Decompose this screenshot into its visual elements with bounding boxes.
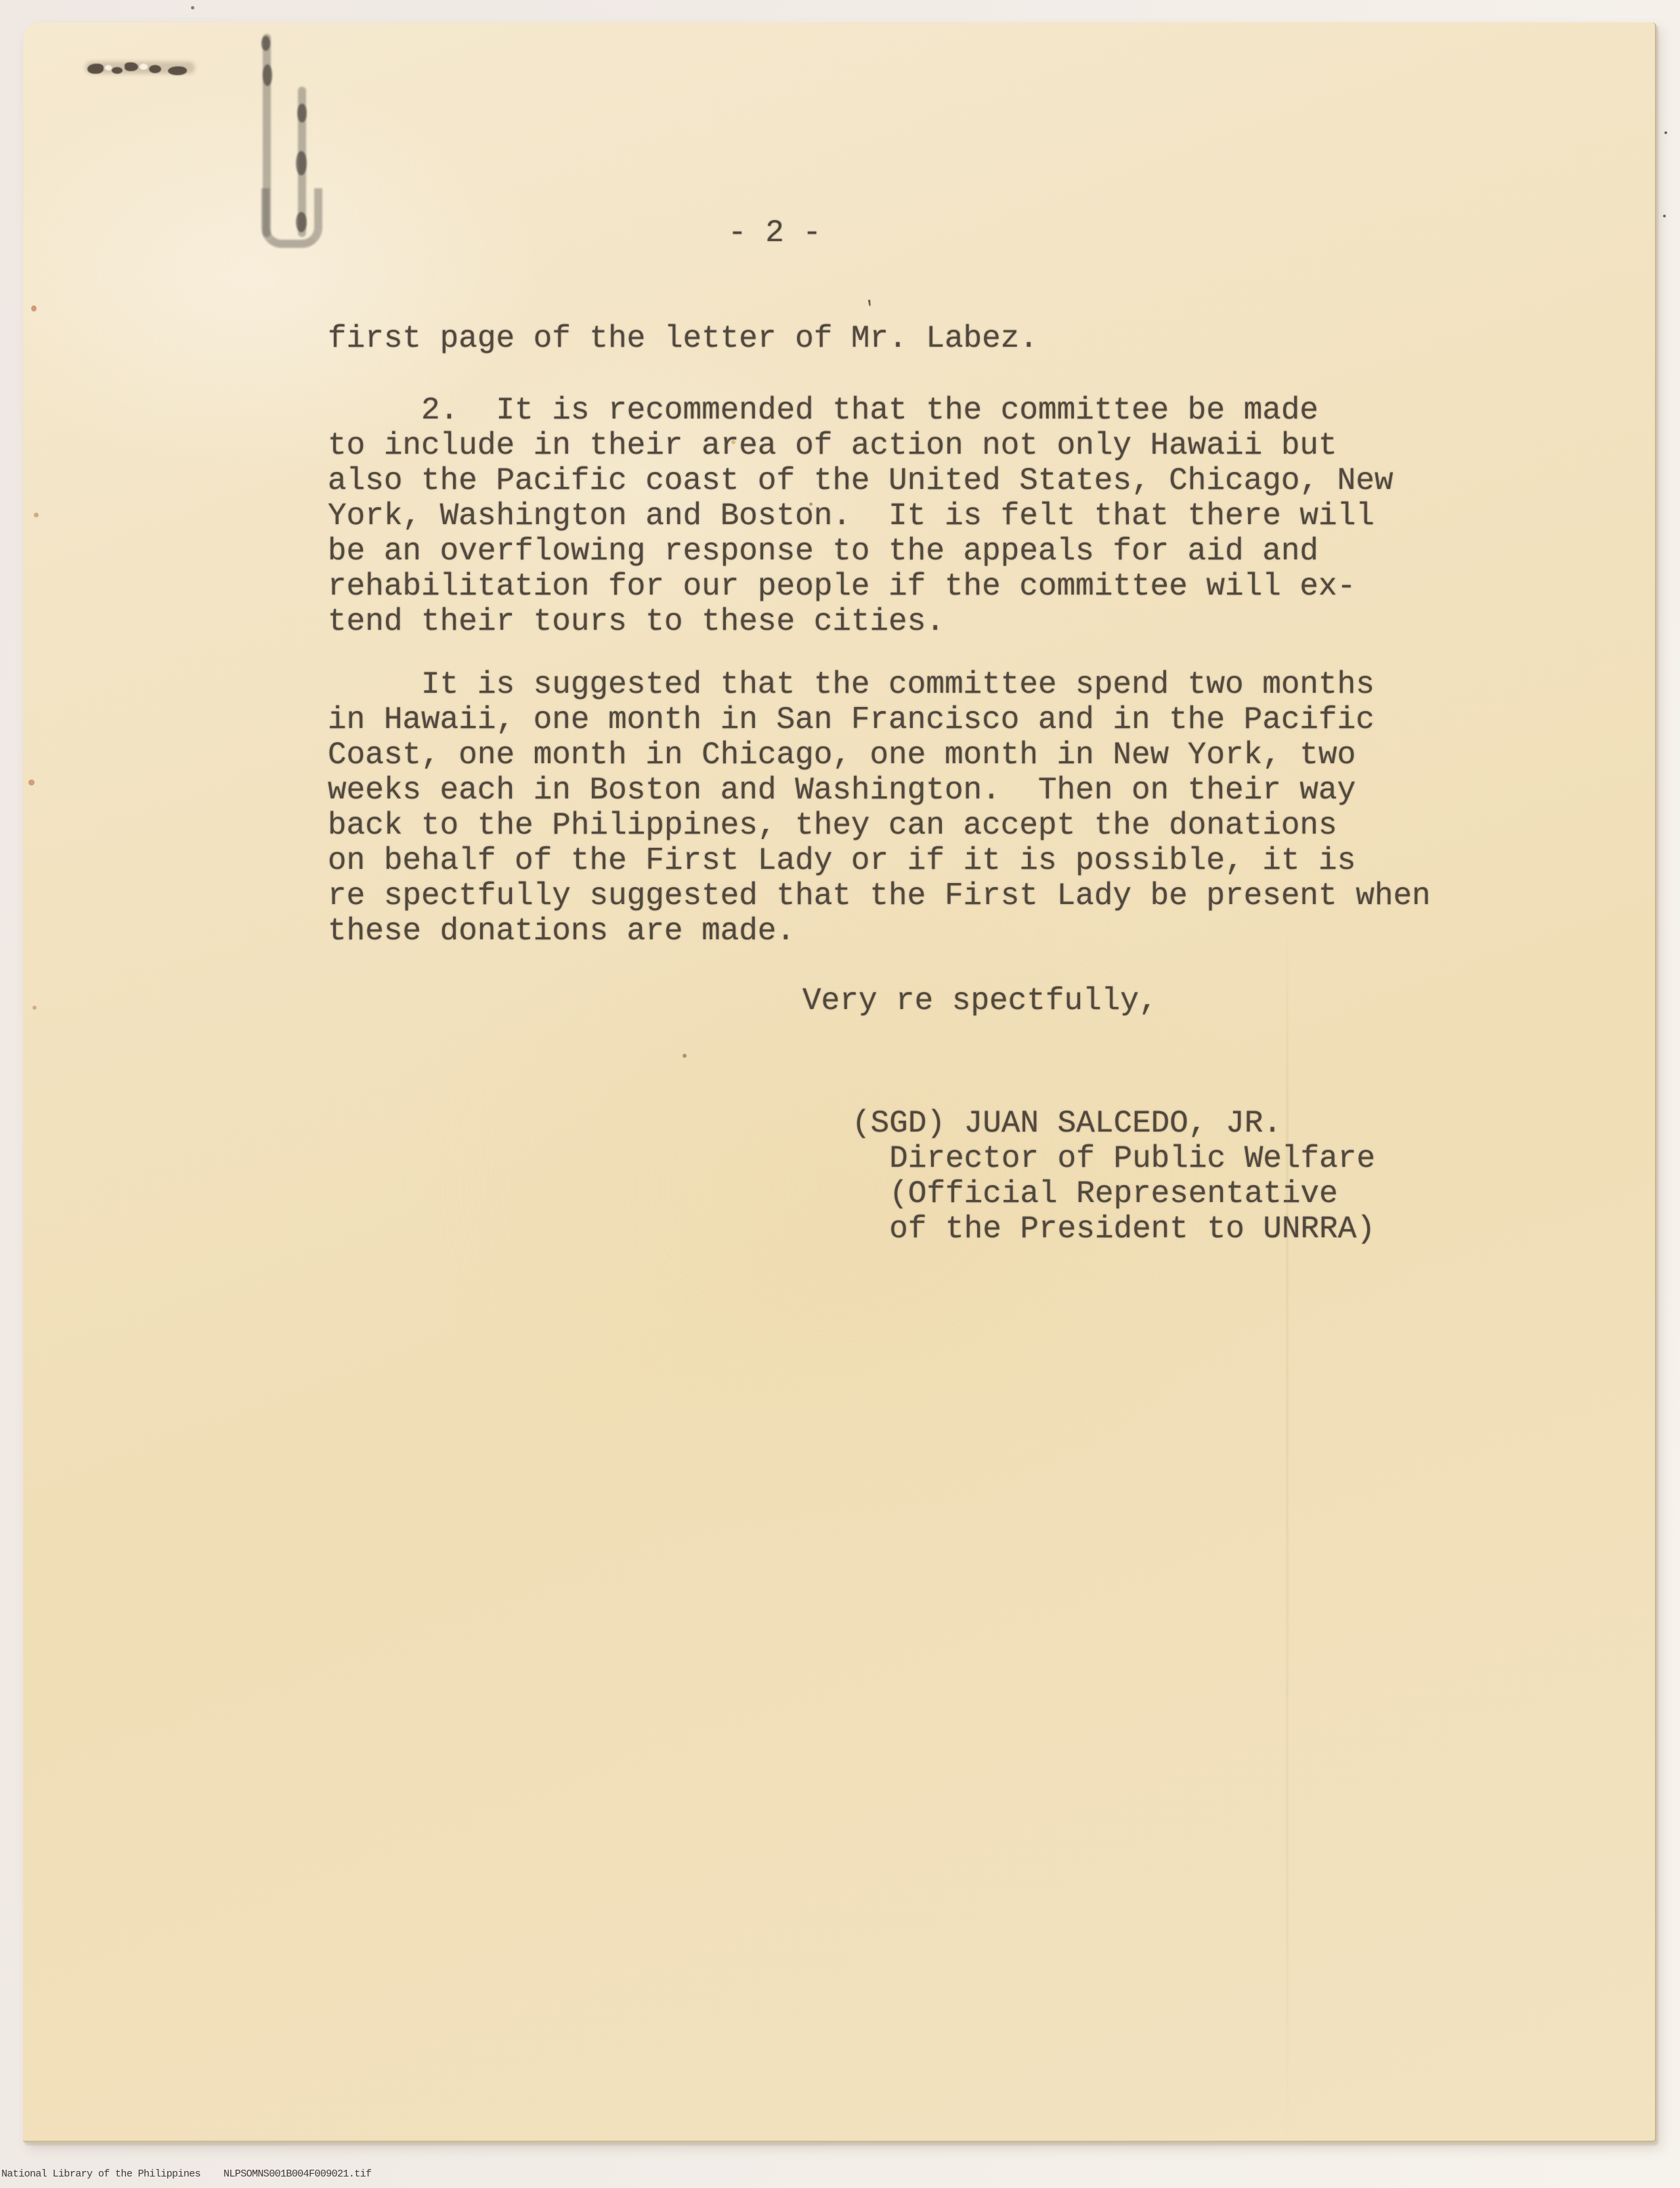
paper-speck (683, 1054, 687, 1058)
paperclip-stain (296, 212, 307, 232)
footer-bar: National Library of the Philippines NLPS… (0, 2164, 1680, 2188)
paper-speck (731, 440, 735, 444)
paperclip-bottom-curve (261, 188, 322, 248)
page-number: - 2 - (728, 215, 821, 251)
paragraph-suggestion: It is suggested that the committee spend… (328, 667, 1431, 949)
ink-smudge-blob (87, 64, 104, 74)
ink-smudge-blob (125, 62, 138, 71)
paper-crease (1287, 916, 1288, 2141)
ink-smudge-blob (149, 65, 161, 73)
scanner-dust (191, 6, 194, 9)
paperclip-stain (263, 64, 272, 86)
paper-speck (31, 305, 37, 312)
closing-salutation: Very re spectfully, (802, 983, 1158, 1018)
ink-smudge-blob (112, 67, 123, 74)
signature-block: (SGD) JUAN SALCEDO, JR. Director of Publ… (852, 1106, 1375, 1247)
paperclip-stain (297, 104, 307, 123)
scanner-dust (1664, 131, 1667, 134)
footer-filename: NLPSOMNS001B004F009021.tif (223, 2168, 371, 2180)
paragraph-recommendation: 2. It is recommended that the committee … (328, 393, 1393, 639)
document-page: - 2 - ' first page of the letter of Mr. … (23, 22, 1656, 2143)
paper-speck (28, 779, 35, 786)
paper-speck (34, 513, 39, 517)
body-first-line: first page of the letter of Mr. Labez. (328, 321, 1038, 356)
ink-smudge-blob (168, 66, 187, 75)
paperclip-stain (261, 36, 270, 51)
ink-smudge-hole (105, 65, 112, 70)
paper-speck (33, 1006, 37, 1010)
scanner-dust (1663, 215, 1666, 217)
footer-library-name: National Library of the Philippines (1, 2168, 200, 2180)
stray-ink-mark: ' (863, 298, 878, 320)
scan-background: - 2 - ' first page of the letter of Mr. … (0, 0, 1680, 2188)
paper-speck (809, 502, 813, 506)
paperclip-stain (296, 151, 307, 175)
ink-smudge-hole (139, 64, 148, 70)
